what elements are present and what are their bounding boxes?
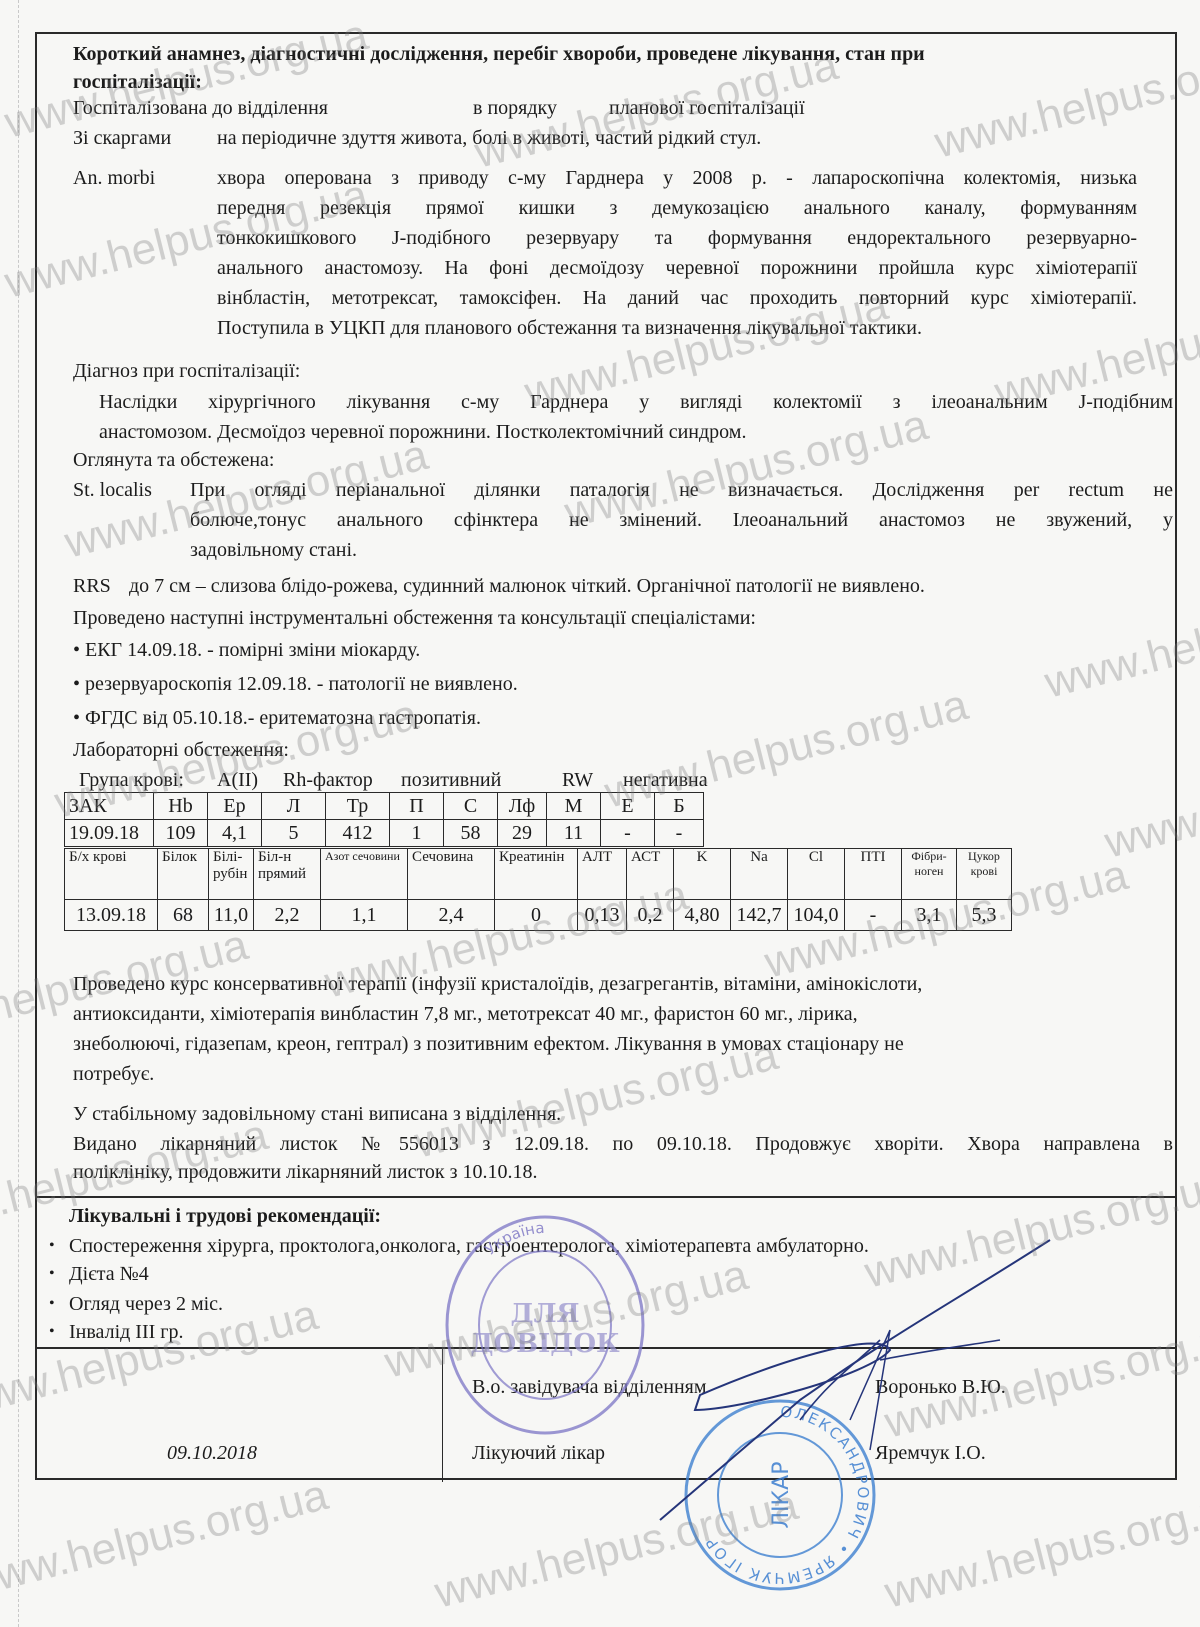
treatment-line: потребує. — [73, 1062, 154, 1086]
head-of-department-name: Воронько В.Ю. — [875, 1375, 1006, 1399]
blood-group-value: A(II) — [217, 768, 258, 792]
recommendation-text: Інвалід ІІІ гр. — [69, 1321, 184, 1343]
biochem-header-cell: Б/х крові — [65, 849, 158, 900]
sick-leave-line: Видано лікарняний листок №556013 з 12.09… — [73, 1132, 1173, 1156]
biochem-value-cell: 142,7 — [731, 900, 788, 931]
biochem-header-cell: K — [674, 849, 731, 900]
instrumental-item: • ФГДС від 05.10.18.- еритематозна гастр… — [73, 706, 481, 730]
cbc-value-cell: - — [601, 820, 655, 847]
biochem-value-cell: 11,0 — [209, 900, 254, 931]
cbc-value-cell: 109 — [154, 820, 208, 847]
st-localis-line: При огляді періанальної ділянки паталогі… — [190, 478, 1173, 502]
instrumental-item: • ЕКГ 14.09.18. - помірні зміни міокарду… — [73, 638, 420, 662]
biochem-value-cell: - — [845, 900, 902, 931]
discharge-summary-box: Короткий анамнез, діагностичні досліджен… — [35, 32, 1177, 1480]
watermark: www.helpus.org.ua — [0, 1470, 333, 1608]
sick-leave-line: поліклініку, продовжити лікарняний листо… — [73, 1160, 538, 1184]
cbc-value-cell: 412 — [326, 820, 390, 847]
cbc-header-cell: ЗАК — [65, 793, 154, 820]
biochem-value-cell: 5,3 — [957, 900, 1012, 931]
an-morbi-line: передня резекція прямої кишки з демукоза… — [217, 196, 1137, 220]
admission-order: в порядку — [473, 96, 557, 120]
biochem-header-cell: Білі-рубін — [209, 849, 254, 900]
treatment-line: Проведено курс консервативної терапії (і… — [73, 972, 922, 996]
attending-doctor-name: Яремчук І.О. — [875, 1441, 986, 1465]
an-morbi-line: вінбластін, метотрексат, тамоксіфен. На … — [217, 286, 1137, 310]
rrs-label: RRS — [73, 574, 111, 598]
recommendation-item: •Огляд через 2 міс. — [69, 1292, 223, 1316]
biochem-header-cell: Цукор крові — [957, 849, 1012, 900]
an-morbi-line: Поступила в УЦКП для планового обстежанн… — [217, 316, 922, 340]
an-morbi-line: хвора оперована з приводу с-му Гарднера … — [217, 166, 1137, 190]
biochem-header-cell: Na — [731, 849, 788, 900]
rh-value: позитивний — [401, 768, 501, 792]
bullet-icon: • — [49, 1234, 55, 1258]
bullet-icon: • — [49, 1262, 55, 1286]
biochem-value-cell: 1,1 — [321, 900, 408, 931]
cbc-value-cell: 5 — [262, 820, 326, 847]
diagnosis-line: Наслідки хірургічного лікування с-му Гар… — [99, 390, 1173, 414]
biochem-header-cell: АСТ — [627, 849, 674, 900]
head-of-department-label: В.о. завідувача відділенням — [472, 1375, 707, 1399]
cbc-header-cell: Л — [262, 793, 326, 820]
cbc-value-row: 19.09.18 109 4,1 5 412 1 58 29 11 - - — [65, 820, 704, 847]
watermark: www.helpus.org.ua — [880, 1480, 1200, 1618]
watermark: www.helpus.org.ua — [430, 1480, 803, 1618]
biochem-header-cell: Білок — [158, 849, 209, 900]
instrumental-label: Проведено наступні інструментальні обсте… — [73, 606, 756, 630]
recommendation-item: •Спостереження хірурга, проктолога,онкол… — [69, 1234, 869, 1258]
biochem-header-cell: Cl — [788, 849, 845, 900]
cbc-table: ЗАК Hb Ер Л Тр П С Лф М Е Б 19.09.18 109… — [64, 792, 704, 847]
cbc-header-cell: Е — [601, 793, 655, 820]
biochem-header-cell: Креатинін — [495, 849, 578, 900]
biochem-header-cell: АЛТ — [578, 849, 627, 900]
st-localis-label: St. localis — [73, 478, 152, 502]
treatment-line: антиоксиданти, хіміотерапія винбластин 7… — [73, 1002, 858, 1026]
biochem-value-cell: 104,0 — [788, 900, 845, 931]
blood-group-label: Група крові: — [79, 768, 184, 792]
cbc-value-cell: 11 — [547, 820, 601, 847]
discharge-text: У стабільному задовільному стані виписан… — [73, 1102, 561, 1126]
admission-type: планової госпіталізації — [609, 96, 805, 120]
cbc-header-cell: Б — [655, 793, 704, 820]
attending-doctor-label: Лікуючий лікар — [472, 1441, 605, 1465]
st-localis-line: болюче,тонус анального сфінктера не змін… — [190, 508, 1173, 532]
st-localis-line: задовільному стані. — [190, 538, 357, 562]
cbc-value-cell: 1 — [390, 820, 444, 847]
diagnosis-line: анастомозом. Десмоїдоз черевної порожнин… — [99, 420, 746, 444]
bullet-icon: • — [49, 1320, 55, 1344]
instrumental-item: • резервуароскопія 12.09.18. - патології… — [73, 672, 518, 696]
biochem-value-row: 13.09.18 68 11,0 2,2 1,1 2,4 0 0,13 0,2 … — [65, 900, 1012, 931]
diagnosis-label: Діагноз при госпіталізації: — [73, 359, 300, 383]
an-morbi-line: анального анастомозу. На фоні десмоїдозу… — [217, 256, 1137, 280]
page-edge — [18, 0, 20, 1627]
cbc-value-cell: 29 — [498, 820, 547, 847]
rw-label: RW — [562, 768, 593, 792]
biochem-header-row: Б/х крові Білок Білі-рубін Біл-н прямий … — [65, 849, 1012, 900]
rrs-text: до 7 см – слизова блідо-рожева, судинний… — [129, 574, 925, 598]
cbc-value-cell: 19.09.18 — [65, 820, 154, 847]
biochem-header-cell: Фібри-ноген — [902, 849, 957, 900]
recommendation-item: •Дієта №4 — [69, 1262, 149, 1286]
complaints-label: Зі скаргами — [73, 126, 171, 150]
rh-label: Rh-фактор — [283, 768, 373, 792]
history-section: Короткий анамнез, діагностичні досліджен… — [37, 34, 1175, 1196]
biochem-value-cell: 68 — [158, 900, 209, 931]
biochem-value-cell: 3,1 — [902, 900, 957, 931]
admission-label: Госпіталізована до відділення — [73, 96, 328, 120]
cbc-value-cell: 58 — [444, 820, 498, 847]
section-heading-line1: Короткий анамнез, діагностичні досліджен… — [73, 42, 925, 66]
biochem-table: Б/х крові Білок Білі-рубін Біл-н прямий … — [64, 848, 1012, 931]
bullet-icon: • — [49, 1292, 55, 1316]
biochem-header-cell: Азот сечовини — [321, 849, 408, 900]
cbc-header-cell: Ер — [208, 793, 262, 820]
cbc-value-cell: - — [655, 820, 704, 847]
cbc-header-cell: М — [547, 793, 601, 820]
recommendation-text: Огляд через 2 міс. — [69, 1293, 223, 1315]
section-heading-line2: госпіталізації: — [73, 70, 202, 94]
biochem-value-cell: 4,80 — [674, 900, 731, 931]
rw-value: негативна — [623, 768, 708, 792]
biochem-value-cell: 2,2 — [254, 900, 321, 931]
biochem-header-cell: Сечовина — [408, 849, 495, 900]
biochem-value-cell: 2,4 — [408, 900, 495, 931]
an-morbi-line: тонкокишкового J-подібного резервуару та… — [217, 226, 1137, 250]
cbc-header-cell: Тр — [326, 793, 390, 820]
signatures-section: В.о. завідувача відділенням Воронько В.Ю… — [37, 1347, 1175, 1482]
signature-divider — [442, 1349, 443, 1482]
cbc-header-cell: С — [444, 793, 498, 820]
cbc-value-cell: 4,1 — [208, 820, 262, 847]
biochem-header-cell: ПТІ — [845, 849, 902, 900]
cbc-header-cell: Лф — [498, 793, 547, 820]
cbc-header-cell: Hb — [154, 793, 208, 820]
complaints-text: на періодичне здуття живота, болі в живо… — [217, 126, 761, 150]
biochem-value-cell: 0,2 — [627, 900, 674, 931]
examined-label: Оглянута та обстежена: — [73, 448, 274, 472]
recommendations-heading: Лікувальні і трудові рекомендації: — [69, 1204, 381, 1228]
cbc-header-cell: П — [390, 793, 444, 820]
biochem-header-cell: Біл-н прямий — [254, 849, 321, 900]
recommendation-text: Дієта №4 — [69, 1263, 149, 1285]
recommendation-item: •Інвалід ІІІ гр. — [69, 1320, 184, 1344]
biochem-value-cell: 0,13 — [578, 900, 627, 931]
biochem-value-cell: 0 — [495, 900, 578, 931]
treatment-line: знеболюючі, гідазепам, креон, гептрал) з… — [73, 1032, 904, 1056]
biochem-value-cell: 13.09.18 — [65, 900, 158, 931]
recommendation-text: Спостереження хірурга, проктолога,онколо… — [69, 1235, 869, 1257]
an-morbi-label: An. morbi — [73, 166, 155, 190]
recommendations-section: Лікувальні і трудові рекомендації: •Спос… — [37, 1196, 1175, 1349]
cbc-header-row: ЗАК Hb Ер Л Тр П С Лф М Е Б — [65, 793, 704, 820]
lab-label: Лабораторні обстеження: — [73, 738, 289, 762]
signature-date: 09.10.2018 — [167, 1441, 257, 1465]
